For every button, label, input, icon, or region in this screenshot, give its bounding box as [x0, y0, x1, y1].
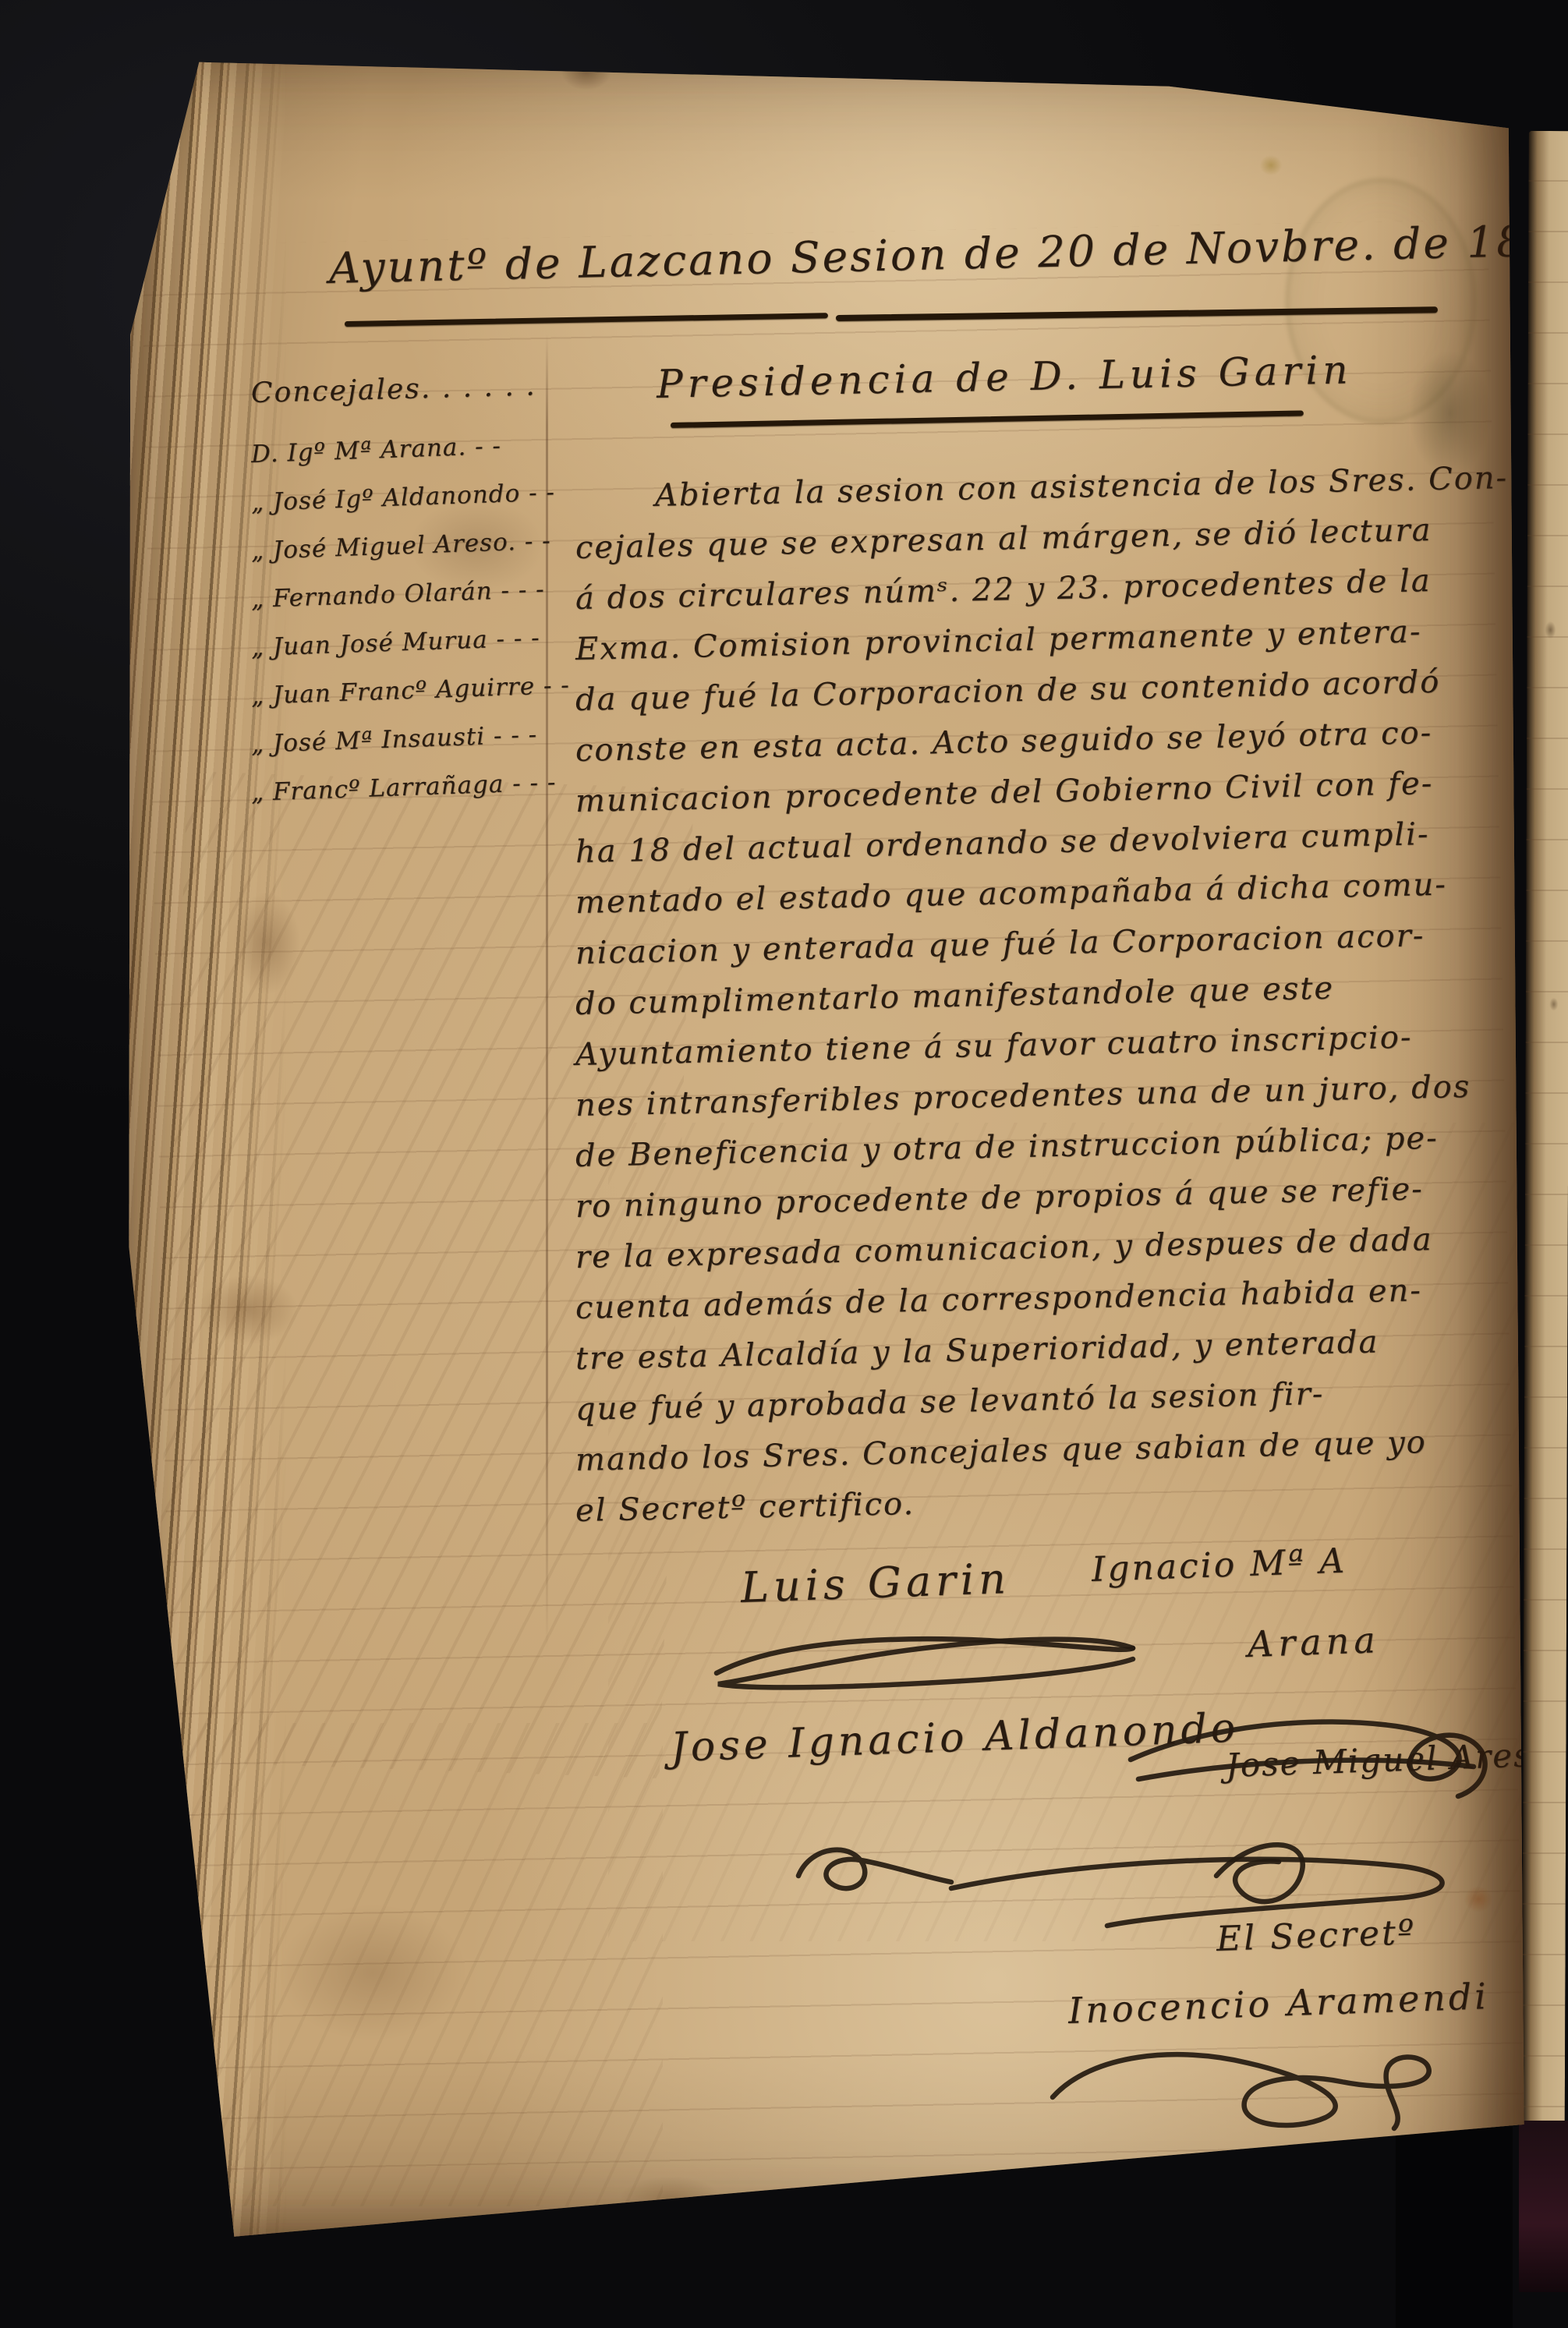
binding-spine-patch — [1519, 2121, 1568, 2292]
manuscript-page: Ayuntº de Lazcano Sesion de 20 de Novbre… — [125, 47, 1528, 2245]
page-vignette — [125, 47, 1528, 2245]
next-page-edge — [1521, 131, 1568, 2236]
photo-backdrop: Ayuntº de Lazcano Sesion de 20 de Novbre… — [0, 0, 1568, 2328]
